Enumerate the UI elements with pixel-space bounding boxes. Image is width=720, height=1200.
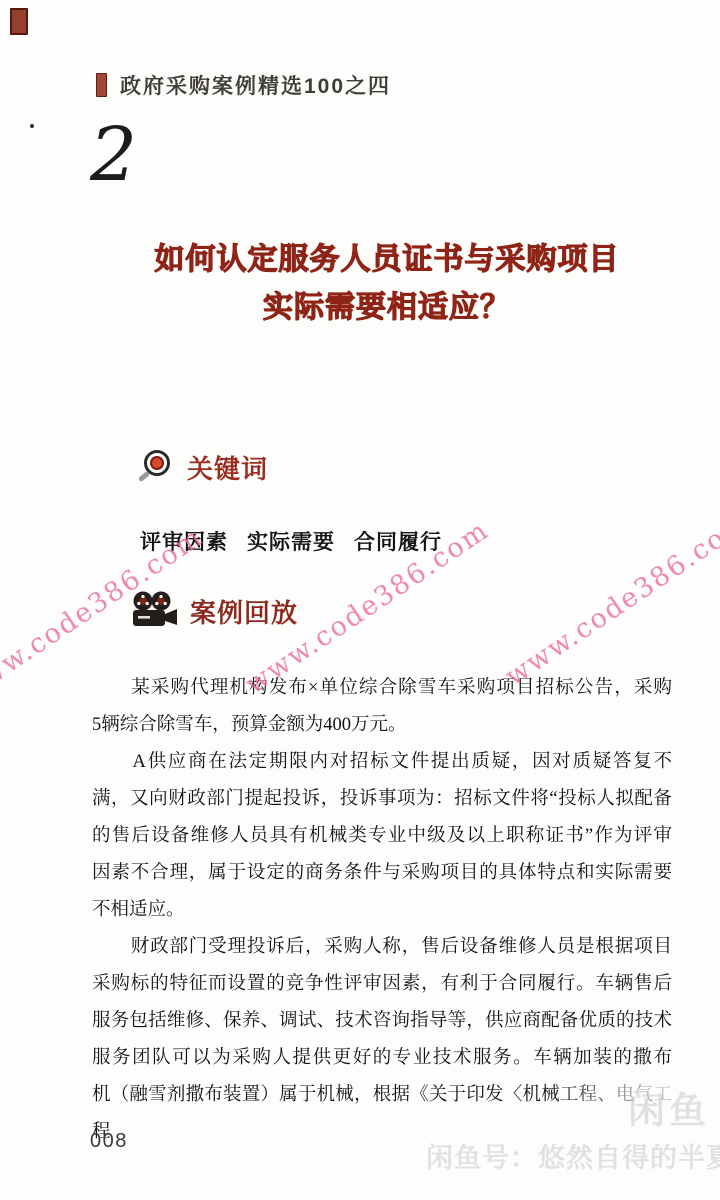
case-replay-label: 案例回放 — [190, 593, 298, 630]
chapter-title-line1: 如何认定服务人员证书与采购项目 — [92, 236, 682, 284]
body-line: 采购标的特征而设置的竞争性评审因素，有利于合同履行。车辆售后 — [92, 966, 672, 1003]
magnifier-icon — [137, 448, 175, 486]
chapter-number: 2 — [90, 118, 137, 192]
keyword-item: 实际需要 — [247, 526, 335, 556]
body-line: 某采购代理机构发布×单位综合除雪车采购项目招标公告，采购 — [92, 670, 672, 707]
body-line: 财政部门受理投诉后，采购人称，售后设备维修人员是根据项目 — [92, 929, 672, 966]
corner-print-mark — [10, 8, 28, 35]
series-title: 政府采购案例精选100之四 — [120, 70, 391, 100]
keywords-label: 关键词 — [187, 449, 268, 486]
body-line: 服务包括维修、保养、调试、技术咨询指导等，供应商配备优质的技术 — [92, 1003, 672, 1040]
book-page: { "header": { "series_title": "政府采购案例精选1… — [0, 0, 720, 1200]
body-line: 满，又向财政部门提起投诉，投诉事项为：招标文件将“投标人拟配备 — [92, 781, 672, 818]
body-line: 因素不合理，属于设定的商务条件与采购项目的具体特点和实际需要 — [92, 855, 672, 892]
keywords-section: 关键词 — [137, 448, 268, 486]
site-watermark: www.code386.com — [500, 507, 720, 693]
page-number: 008 — [90, 1130, 128, 1153]
movie-projector-icon — [130, 590, 180, 632]
header-red-bar-icon — [96, 73, 107, 97]
xianyu-logo: 闲鱼 — [628, 1080, 710, 1134]
body-line: 5辆综合除雪车，预算金额为400万元。 — [92, 707, 672, 744]
ink-speck — [30, 124, 34, 128]
xianyu-seller-watermark: 闲鱼号：悠然自得的半夏 — [426, 1136, 720, 1175]
body-line: 不相适应。 — [92, 892, 672, 929]
body-line: A供应商在法定期限内对招标文件提出质疑，因对质疑答复不 — [92, 744, 672, 781]
case-section: 案例回放 — [130, 590, 298, 632]
body-line: 的售后设备维修人员具有机械类专业中级及以上职称证书”作为评审 — [92, 818, 672, 855]
chapter-title-line2: 实际需要相适应？ — [92, 284, 682, 332]
series-header: 政府采购案例精选100之四 — [96, 70, 391, 100]
chapter-title: 如何认定服务人员证书与采购项目 实际需要相适应？ — [92, 236, 682, 332]
